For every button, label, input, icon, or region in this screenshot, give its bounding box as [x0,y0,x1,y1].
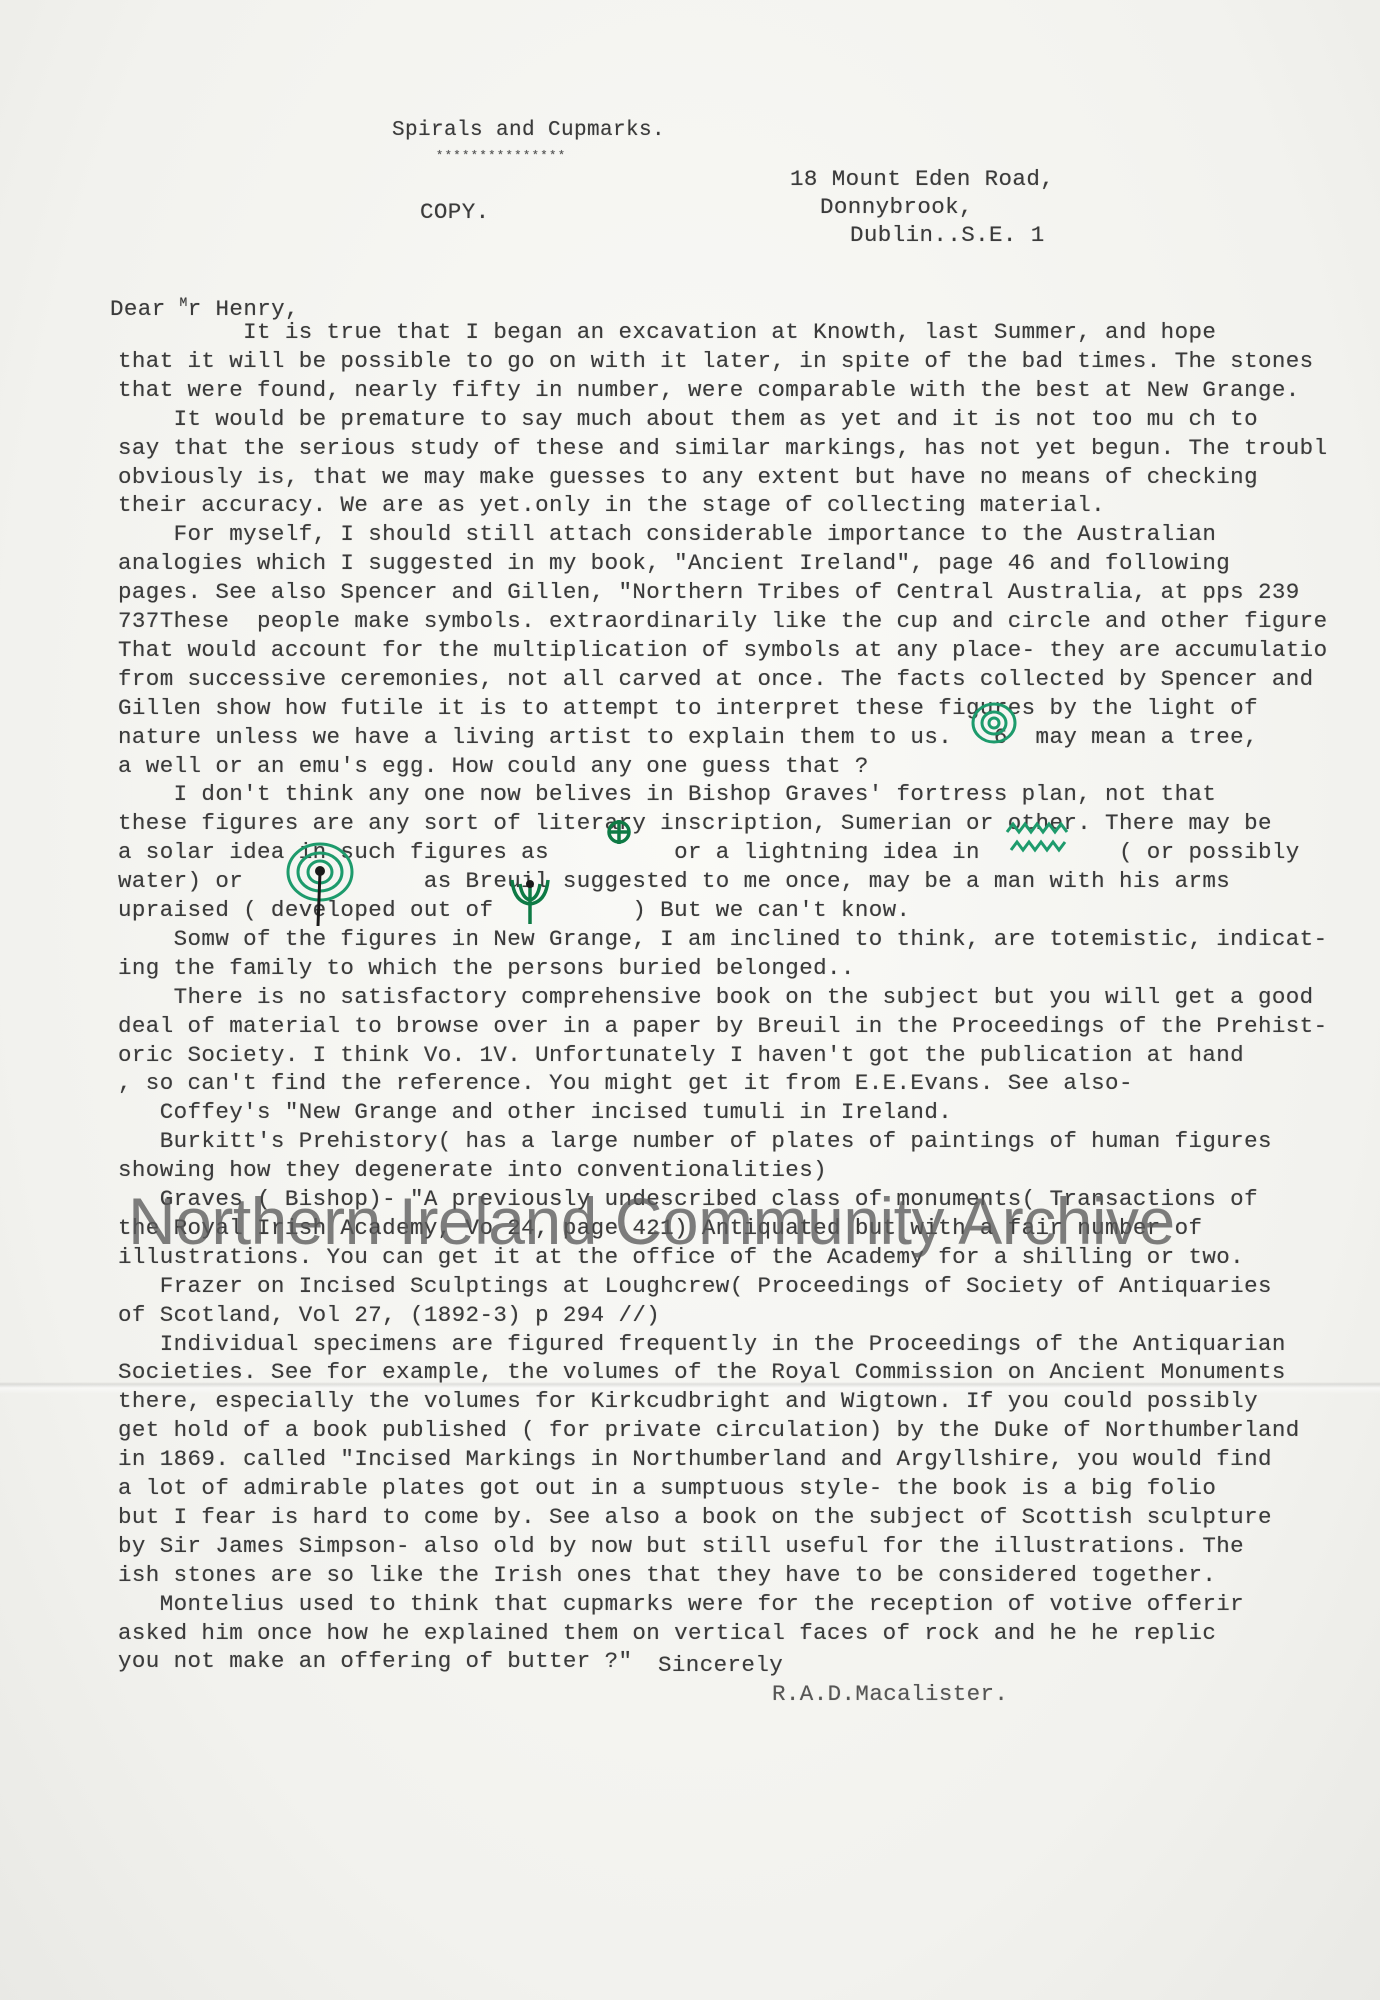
body-line: a well or an emu's egg. How could any on… [118,752,869,780]
body-line: , so can't find the reference. You might… [118,1069,1133,1097]
body-line: but I fear is hard to come by. See also … [118,1503,1272,1531]
body-line: oric Society. I think Vo. 1V. Unfortunat… [118,1041,1244,1069]
body-line: Frazer on Incised Sculptings at Loughcre… [118,1272,1272,1300]
body-line: analogies which I suggested in my book, … [118,549,1230,577]
closing: Sincerely [658,1651,783,1679]
body-line: 737These people make symbols. extraordin… [118,607,1328,635]
archive-watermark: Northern Ireland Community Archive [128,1183,1175,1259]
body-line: from successive ceremonies, not all carv… [118,665,1314,693]
body-line: Somw of the figures in New Grange, I am … [118,925,1328,953]
body-line: these figures are any sort of literary i… [118,809,1272,837]
address-line: 18 Mount Eden Road, [790,165,1054,193]
body-line: For myself, I should still attach consid… [118,520,1216,548]
concentric-circles-stem-icon [282,838,362,928]
body-line: ing the family to which the persons buri… [118,954,855,982]
letter-title: Spirals and Cupmarks. [392,117,665,145]
body-line: pages. See also Spencer and Gillen, "Nor… [118,578,1300,606]
body-line: showing how they degenerate into convent… [118,1156,827,1184]
body-line: that were found, nearly fifty in number,… [118,376,1300,404]
body-line: I don't think any one now belives in Bis… [118,780,1216,808]
body-line: ish stones are so like the Irish ones th… [118,1561,1216,1589]
body-line: asked him once how he explained them on … [118,1619,1216,1647]
copy-mark: COPY. [420,198,490,226]
body-line: by Sir James Simpson- also old by now bu… [118,1532,1244,1560]
concentric-circles-icon [970,700,1020,746]
body-line: Societies. See for example, the volumes … [118,1358,1286,1386]
body-line: That would account for the multiplicatio… [118,636,1328,664]
address-line: Donnybrook, [820,193,973,221]
body-line: There is no satisfactory comprehensive b… [118,983,1314,1011]
body-line: deal of material to browse over in a pap… [118,1012,1328,1040]
body-line: in 1869. called "Incised Markings in Nor… [118,1445,1272,1473]
body-line: It is true that I began an excavation at… [118,318,1216,346]
upraised-arms-figure-icon [508,870,552,926]
body-line: there, especially the volumes for Kirkcu… [118,1387,1258,1415]
body-line: that it will be possible to go on with i… [118,347,1314,375]
body-line: get hold of a book published ( for priva… [118,1416,1300,1444]
body-line: Gillen show how futile it is to attempt … [118,694,1258,722]
signature: R.A.D.Macalister. [772,1680,1008,1708]
body-line: you not make an offering of butter ?" [118,1647,632,1675]
title-underline: *************** [436,142,567,170]
body-line: say that the serious study of these and … [118,434,1328,462]
body-line: It would be premature to say much about … [118,405,1258,433]
body-line: Montelius used to think that cupmarks we… [118,1590,1244,1618]
body-line: a lot of admirable plates got out in a s… [118,1474,1216,1502]
body-line: of Scotland, Vol 27, (1892-3) p 294 //) [118,1301,660,1329]
address-line: Dublin..S.E. 1 [850,221,1045,249]
body-line: Coffey's "New Grange and other incised t… [118,1098,952,1126]
body-line: their accuracy. We are as yet.only in th… [118,491,1105,519]
body-line: Individual specimens are figured frequen… [118,1330,1286,1358]
letter-page: Spirals and Cupmarks. *************** CO… [0,0,1380,2000]
body-line: nature unless we have a living artist to… [118,723,1258,751]
body-line: obviously is, that we may make guesses t… [118,463,1258,491]
body-line: Burkitt's Prehistory( has a large number… [118,1127,1272,1155]
sun-cross-icon [605,818,633,846]
zigzag-lines-icon [1005,820,1075,854]
